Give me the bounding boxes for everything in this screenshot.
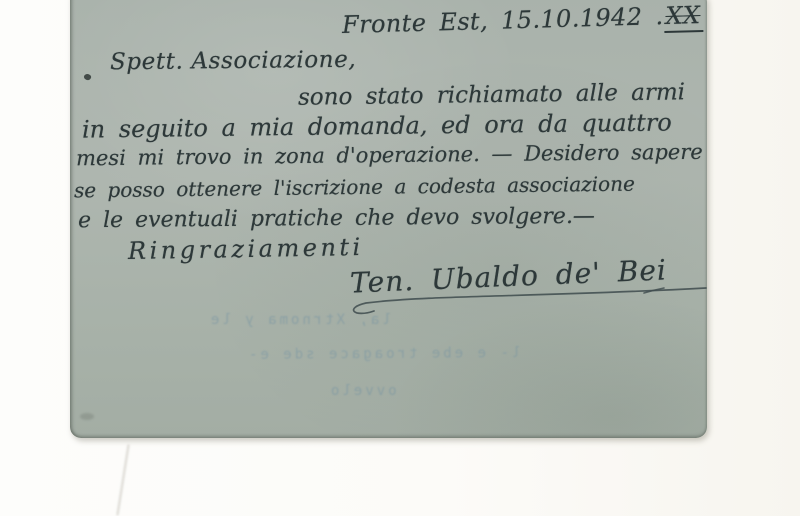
body-line: se posso ottenere l'iscrizione a codesta… <box>74 172 635 203</box>
date-text: Fronte Est, 15.10.1942 . <box>342 2 664 39</box>
body-line: e le eventuali pratiche che devo svolger… <box>78 204 595 234</box>
body-line: mesi mi trovo in zona d'operazione. — De… <box>76 140 703 171</box>
ink-speck <box>83 73 92 82</box>
bleed-through-line: l- e ebe troagace sde e- <box>246 345 520 363</box>
body-line: sono stato richiamato alle armi <box>298 79 685 110</box>
bleed-through-line: la, Xtrnoma y le <box>208 312 391 328</box>
date-era-numeral: XX <box>663 1 703 33</box>
date-line: Fronte Est, 15.10.1942 .XX <box>342 1 703 39</box>
salutation-line: Spett. Associazione, <box>110 47 357 76</box>
body-line: in seguito a mia domanda, ed ora da quat… <box>82 108 672 143</box>
closing-line: Ringraziamenti <box>128 233 364 265</box>
paper-smudge <box>80 413 94 420</box>
bleed-through-line: ovvelo <box>328 383 397 399</box>
postcard: Fronte Est, 15.10.1942 .XX Spett. Associ… <box>70 0 707 438</box>
signature-line: Ten. Ubaldo de' Bei <box>349 253 667 299</box>
